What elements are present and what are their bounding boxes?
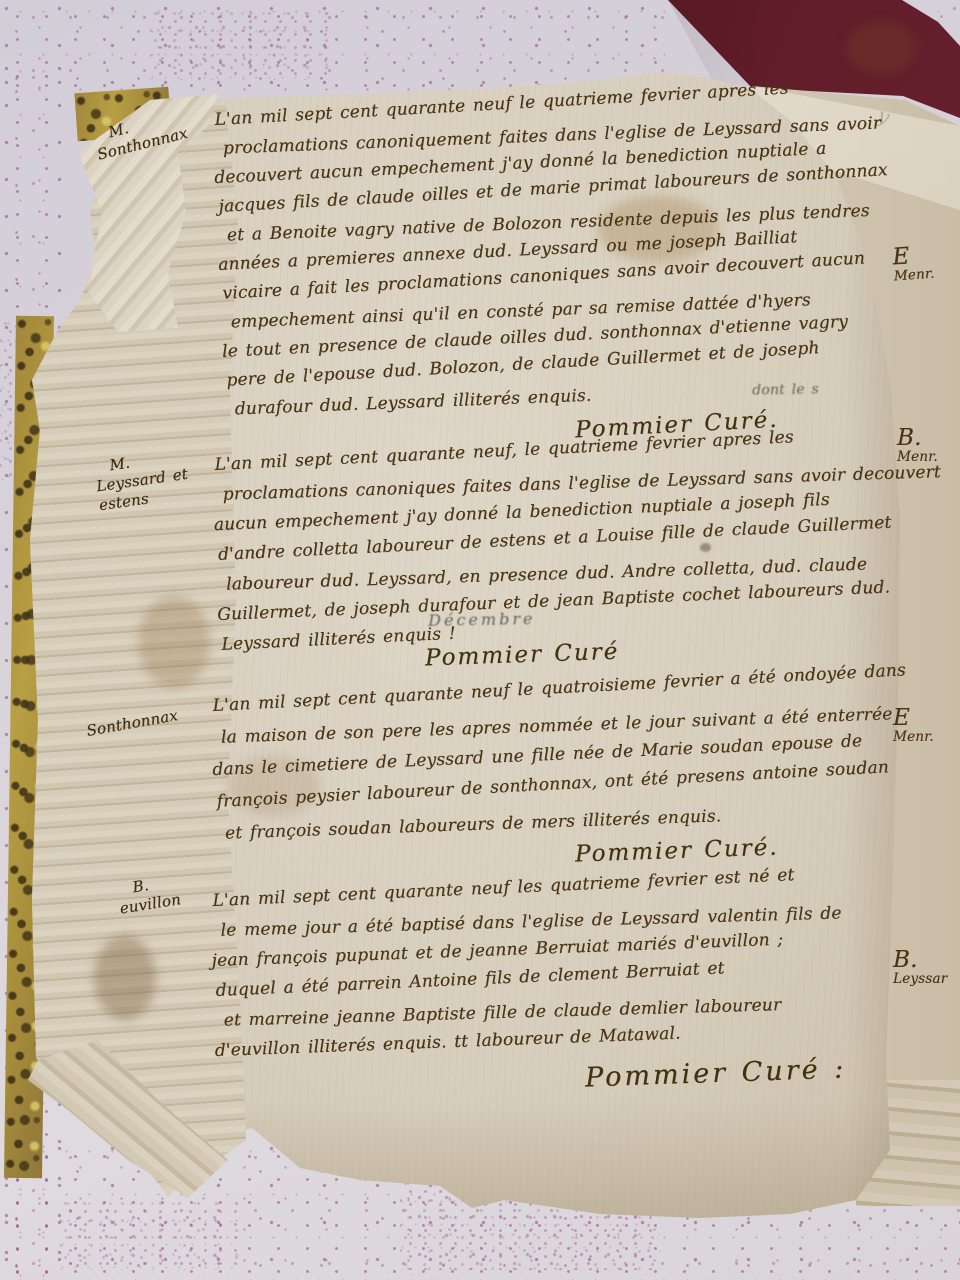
handwritten-line: E	[893, 706, 934, 730]
speckle-cluster	[150, 10, 330, 80]
speckle-cluster	[60, 1200, 240, 1270]
side-note: B.Menr.	[897, 426, 938, 465]
photographed-register-scene: dont le s Décembre y M.Sonthonnax L'an m…	[0, 0, 960, 1280]
handwritten-line: Menr.	[893, 267, 935, 285]
handwritten-line: Menr.	[897, 450, 938, 465]
entry-body: L'an mil sept cent quarante neuf, le qua…	[214, 422, 947, 660]
entry-body: L'an mil sept cent quarante neuf le quat…	[214, 76, 898, 425]
handwritten-line: B.	[893, 948, 947, 972]
handwritten-line: B.	[897, 426, 938, 450]
handwritten-line: Menr.	[893, 730, 934, 745]
handwritten-line: Leyssar	[893, 972, 947, 987]
entry-body: L'an mil sept cent quarante neuf les qua…	[212, 864, 846, 1066]
side-note: B.Leyssar	[893, 948, 947, 987]
entry-body: L'an mil sept cent quarante neuf le quat…	[212, 661, 912, 850]
side-note: EMenr.	[893, 706, 934, 745]
side-note: EMenr.	[892, 243, 935, 285]
speckle-patch-top	[0, 0, 672, 94]
